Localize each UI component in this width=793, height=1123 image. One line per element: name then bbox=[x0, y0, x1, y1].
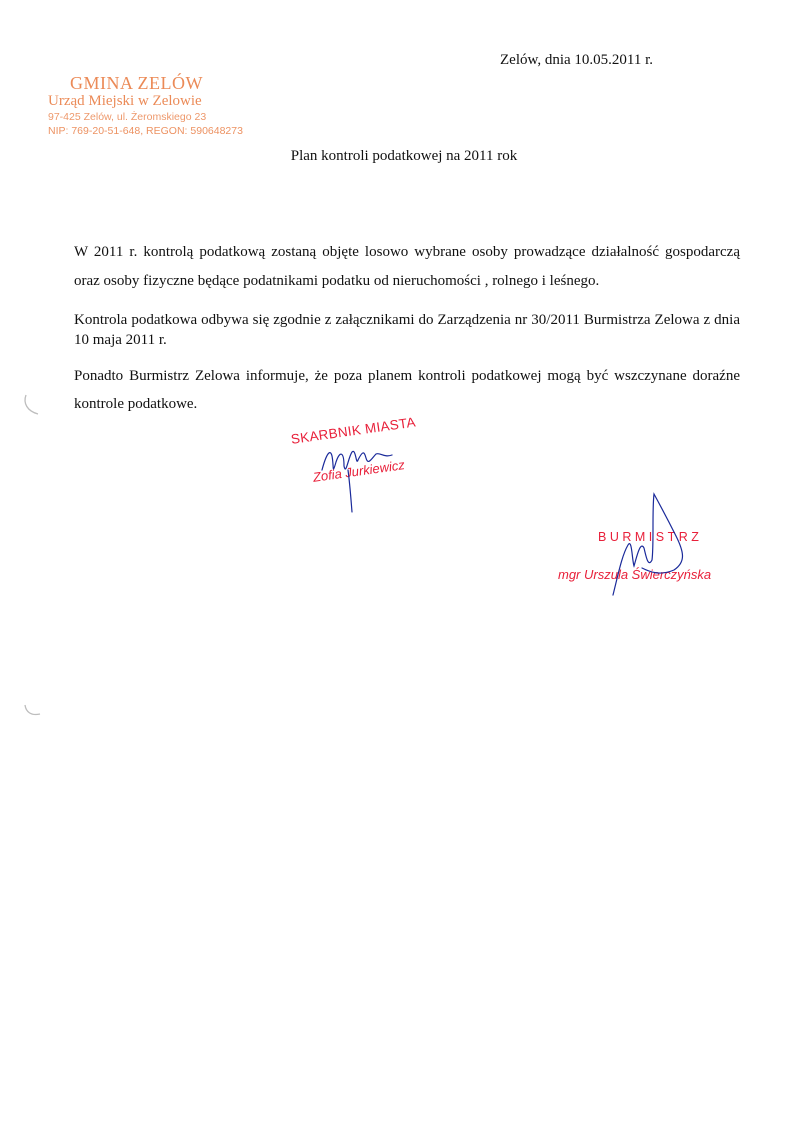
binder-hole-mark bbox=[25, 705, 40, 715]
paragraph-1: W 2011 r. kontrolą podatkową zostaną obj… bbox=[74, 238, 740, 296]
document-title: Plan kontroli podatkowej na 2011 rok bbox=[0, 148, 793, 165]
handwritten-signatures bbox=[0, 0, 793, 1123]
document-body: W 2011 r. kontrolą podatkową zostaną obj… bbox=[74, 238, 740, 418]
treasurer-stamp-name: Zofia Jurkiewicz bbox=[312, 457, 406, 485]
place-date: Zelów, dnia 10.05.2011 r. bbox=[500, 52, 653, 69]
stamp-office: Urząd Miejski w Zelowie bbox=[48, 94, 243, 109]
stamp-municipality: GMINA ZELÓW bbox=[48, 74, 243, 92]
stamp-address: 97-425 Zelów, ul. Żeromskiego 23 bbox=[48, 112, 243, 123]
stamp-tax-ids: NIP: 769-20-51-648, REGON: 590648273 bbox=[48, 126, 243, 137]
binder-hole-mark bbox=[25, 395, 38, 414]
paragraph-2: Kontrola podatkowa odbywa się zgodnie z … bbox=[74, 310, 740, 350]
letterhead-stamp: GMINA ZELÓW Urząd Miejski w Zelowie 97-4… bbox=[48, 74, 243, 136]
paragraph-3: Ponadto Burmistrz Zelowa informuje, że p… bbox=[74, 362, 740, 418]
mayor-stamp-role: BURMISTRZ bbox=[598, 530, 702, 544]
mayor-stamp-name: mgr Urszula Świerczyńska bbox=[558, 567, 711, 582]
treasurer-stamp-role: SKARBNIK MIASTA bbox=[290, 414, 417, 446]
